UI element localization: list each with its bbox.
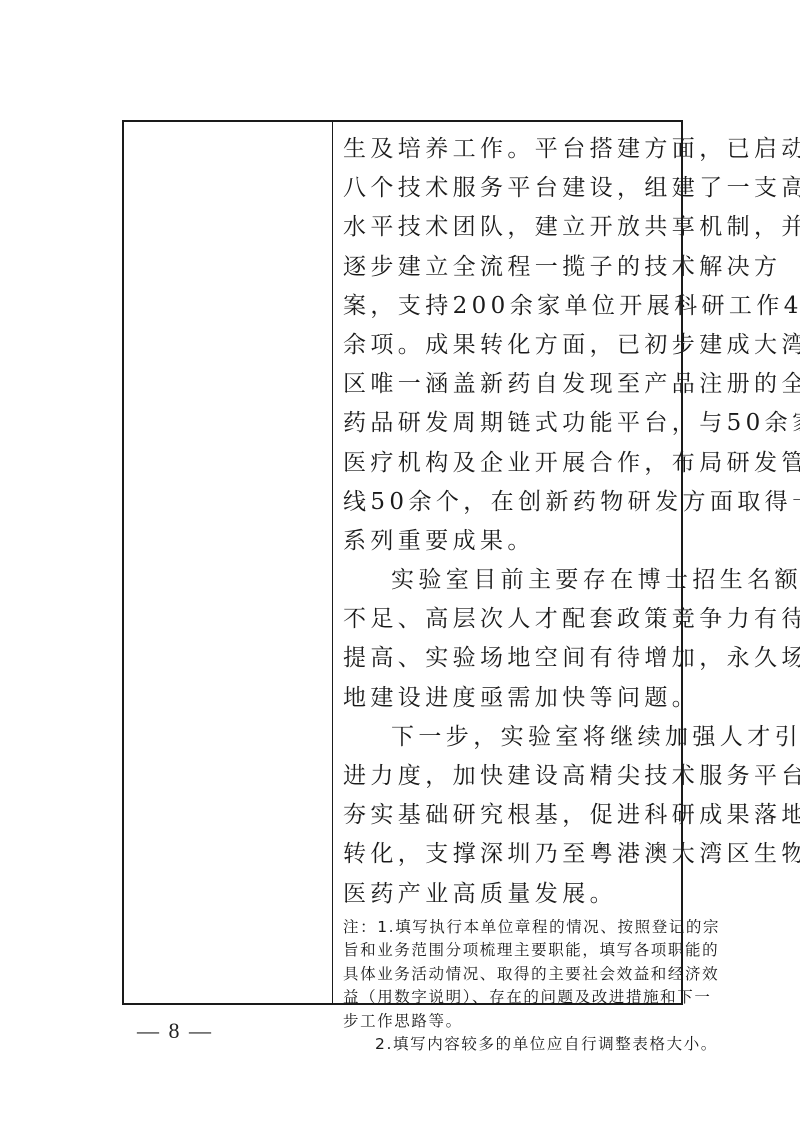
text-line: 夯实基础研究根基，促进科研成果落地: [343, 796, 673, 835]
text-line: 生及培养工作。平台搭建方面，已启动: [343, 130, 673, 169]
report-table: 生及培养工作。平台搭建方面，已启动 八个技术服务平台建设，组建了一支高 水平技术…: [122, 120, 683, 1005]
text-line: 转化，支撑深圳乃至粤港澳大湾区生物: [343, 835, 673, 874]
page-number: — 8 —: [137, 1018, 213, 1044]
text-line: 区唯一涵盖新药自发现至产品注册的全: [343, 365, 673, 404]
text-line: 八个技术服务平台建设，组建了一支高: [343, 169, 673, 208]
text-line: 线50余个，在创新药物研发方面取得一: [343, 483, 673, 522]
text-line: 进力度，加快建设高精尖技术服务平台，: [343, 757, 673, 796]
text-line: 医药产业高质量发展。: [343, 875, 673, 914]
note-line: 具体业务活动情况、取得的主要社会效益和经济效: [343, 963, 673, 987]
note-line: 2.填写内容较多的单位应自行调整表格大小。: [343, 1033, 673, 1057]
text-line: 提高、实验场地空间有待增加，永久场: [343, 639, 673, 678]
text-line: 下一步，实验室将继续加强人才引: [343, 718, 673, 757]
paragraph-progress: 生及培养工作。平台搭建方面，已启动 八个技术服务平台建设，组建了一支高 水平技术…: [343, 130, 673, 561]
note-line: 注：1.填写执行本单位章程的情况、按照登记的宗: [343, 916, 673, 940]
text-line: 实验室目前主要存在博士招生名额: [343, 561, 673, 600]
text-line: 医疗机构及企业开展合作，布局研发管: [343, 444, 673, 483]
text-line: 逐步建立全流程一揽子的技术解决方: [343, 248, 673, 287]
note-line: 步工作思路等。: [343, 1010, 673, 1034]
paragraph-problems: 实验室目前主要存在博士招生名额 不足、高层次人才配套政策竞争力有待 提高、实验场…: [343, 561, 673, 718]
right-cell: 生及培养工作。平台搭建方面，已启动 八个技术服务平台建设，组建了一支高 水平技术…: [333, 122, 681, 1003]
note-line: 旨和业务范围分项梳理主要职能，填写各项职能的: [343, 939, 673, 963]
left-cell: [124, 122, 333, 1003]
text-line: 余项。成果转化方面，已初步建成大湾: [343, 326, 673, 365]
text-line: 案，支持200余家单位开展科研工作400: [343, 287, 673, 326]
notes: 注：1.填写执行本单位章程的情况、按照登记的宗 旨和业务范围分项梳理主要职能，填…: [343, 916, 673, 1057]
text-line: 地建设进度亟需加快等问题。: [343, 679, 673, 718]
text-line: 系列重要成果。: [343, 522, 673, 561]
paragraph-next-steps: 下一步，实验室将继续加强人才引 进力度，加快建设高精尖技术服务平台， 夯实基础研…: [343, 718, 673, 914]
text-line: 水平技术团队，建立开放共享机制，并: [343, 208, 673, 247]
note-line: 益（用数字说明）、存在的问题及改进措施和下一: [343, 986, 673, 1010]
text-line: 药品研发周期链式功能平台，与50余家: [343, 404, 673, 443]
text-line: 不足、高层次人才配套政策竞争力有待: [343, 600, 673, 639]
